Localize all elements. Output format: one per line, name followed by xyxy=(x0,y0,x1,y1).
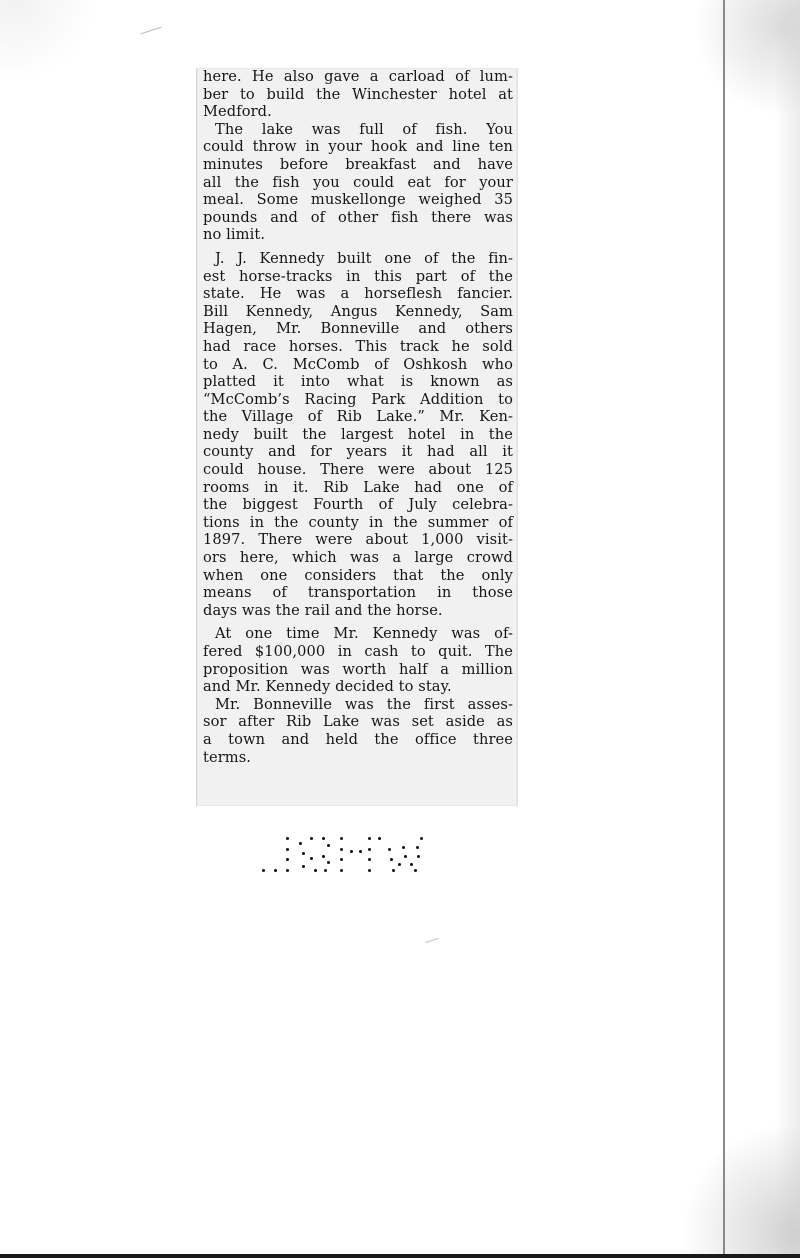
perforation-dot xyxy=(340,837,343,840)
text-line: fered $100,000 in cash to quit. The xyxy=(203,643,513,661)
perforation-dot xyxy=(417,855,420,858)
text-line: here. He also gave a carload of lum- xyxy=(203,68,513,86)
perforation-dot xyxy=(286,858,289,861)
perforation-dot xyxy=(414,869,417,872)
text-line: to A. C. McComb of Oshkosh who xyxy=(203,356,513,374)
article-paragraph: At one time Mr. Kennedy was of-fered $10… xyxy=(203,625,513,695)
text-line: when one considers that the only xyxy=(203,567,513,585)
text-line: Hagen, Mr. Bonneville and others xyxy=(203,320,513,338)
text-line: At one time Mr. Kennedy was of- xyxy=(203,625,513,643)
text-line: all the fish you could eat for your xyxy=(203,174,513,192)
perforation-dot xyxy=(402,846,405,849)
perforation-dot xyxy=(416,846,419,849)
text-line: ber to build the Winchester hotel at xyxy=(203,86,513,104)
article-column: here. He also gave a carload of lum-ber … xyxy=(203,68,513,766)
text-line: could house. There were about 125 xyxy=(203,461,513,479)
text-line: J. J. Kennedy built one of the fin- xyxy=(203,250,513,268)
perforation-dot xyxy=(302,852,305,855)
perforation-dot xyxy=(324,869,327,872)
perforation-dot xyxy=(368,869,371,872)
perforation-dot xyxy=(368,837,371,840)
text-line: and Mr. Kennedy decided to stay. xyxy=(203,678,513,696)
text-line: terms. xyxy=(203,749,513,767)
text-line: the biggest Fourth of July celebra- xyxy=(203,496,513,514)
perforation-dot xyxy=(390,858,393,861)
text-line: minutes before breakfast and have xyxy=(203,156,513,174)
perforation-dot xyxy=(322,837,325,840)
perforation-stamp xyxy=(262,833,422,873)
text-line: no limit. xyxy=(203,226,513,244)
text-line: state. He was a horseflesh fancier. xyxy=(203,285,513,303)
perforation-dot xyxy=(398,863,401,866)
perforation-dot xyxy=(286,837,289,840)
perforation-dot xyxy=(310,857,313,860)
perforation-dot xyxy=(274,869,277,872)
text-line: est horse-tracks in this part of the xyxy=(203,268,513,286)
text-line: rooms in it. Rib Lake had one of xyxy=(203,479,513,497)
perforation-dot xyxy=(392,869,395,872)
perforation-dot xyxy=(340,858,343,861)
text-line: days was the rail and the horse. xyxy=(203,602,513,620)
perforation-dot xyxy=(322,855,325,858)
text-line: had race horses. This track he sold xyxy=(203,338,513,356)
perforation-dot xyxy=(327,861,330,864)
perforation-dot xyxy=(286,848,289,851)
perforation-dot xyxy=(359,850,362,853)
text-line: the Village of Rib Lake.” Mr. Ken- xyxy=(203,408,513,426)
perforation-dot xyxy=(410,863,413,866)
page-bottom-edge xyxy=(0,1254,800,1258)
perforation-dot xyxy=(368,858,371,861)
text-line: could throw in your hook and line ten xyxy=(203,138,513,156)
text-line: Bill Kennedy, Angus Kennedy, Sam xyxy=(203,303,513,321)
perforation-dot xyxy=(299,842,302,845)
text-line: Mr. Bonneville was the first asses- xyxy=(203,696,513,714)
text-line: 1897. There were about 1,000 visit- xyxy=(203,531,513,549)
article-paragraph: The lake was full of fish. Youcould thro… xyxy=(203,121,513,244)
text-line: means of transportation in those xyxy=(203,584,513,602)
perforation-dot xyxy=(302,865,305,868)
perforation-dot xyxy=(404,855,407,858)
perforation-dot xyxy=(310,837,313,840)
perforation-dot xyxy=(286,869,289,872)
adjacent-page-margin xyxy=(725,0,800,1258)
text-line: proposition was worth half a million xyxy=(203,661,513,679)
text-line: “McComb’s Racing Park Addition to xyxy=(203,391,513,409)
text-line: platted it into what is known as xyxy=(203,373,513,391)
perforation-dot xyxy=(388,848,391,851)
text-line: sor after Rib Lake was set aside as xyxy=(203,713,513,731)
perforation-dot xyxy=(327,844,330,847)
perforation-dot xyxy=(262,869,265,872)
text-line: The lake was full of fish. You xyxy=(203,121,513,139)
text-line: meal. Some muskellonge weighed 35 xyxy=(203,191,513,209)
text-line: county and for years it had all it xyxy=(203,443,513,461)
page-fold-line xyxy=(723,0,725,1254)
text-line: nedy built the largest hotel in the xyxy=(203,426,513,444)
perforation-dot xyxy=(420,837,423,840)
article-paragraph: J. J. Kennedy built one of the fin-est h… xyxy=(203,250,513,619)
perforation-dot xyxy=(368,848,371,851)
perforation-dot xyxy=(314,869,317,872)
text-line: Medford. xyxy=(203,103,513,121)
perforation-dot xyxy=(340,848,343,851)
article-paragraph: Mr. Bonneville was the first asses-sor a… xyxy=(203,696,513,766)
article-paragraph: here. He also gave a carload of lum-ber … xyxy=(203,68,513,121)
perforation-dot xyxy=(340,869,343,872)
text-line: tions in the county in the summer of xyxy=(203,514,513,532)
text-line: a town and held the office three xyxy=(203,731,513,749)
perforation-dot xyxy=(350,850,353,853)
text-line: ors here, which was a large crowd xyxy=(203,549,513,567)
perforation-dot xyxy=(378,837,381,840)
text-line: pounds and of other fish there was xyxy=(203,209,513,227)
